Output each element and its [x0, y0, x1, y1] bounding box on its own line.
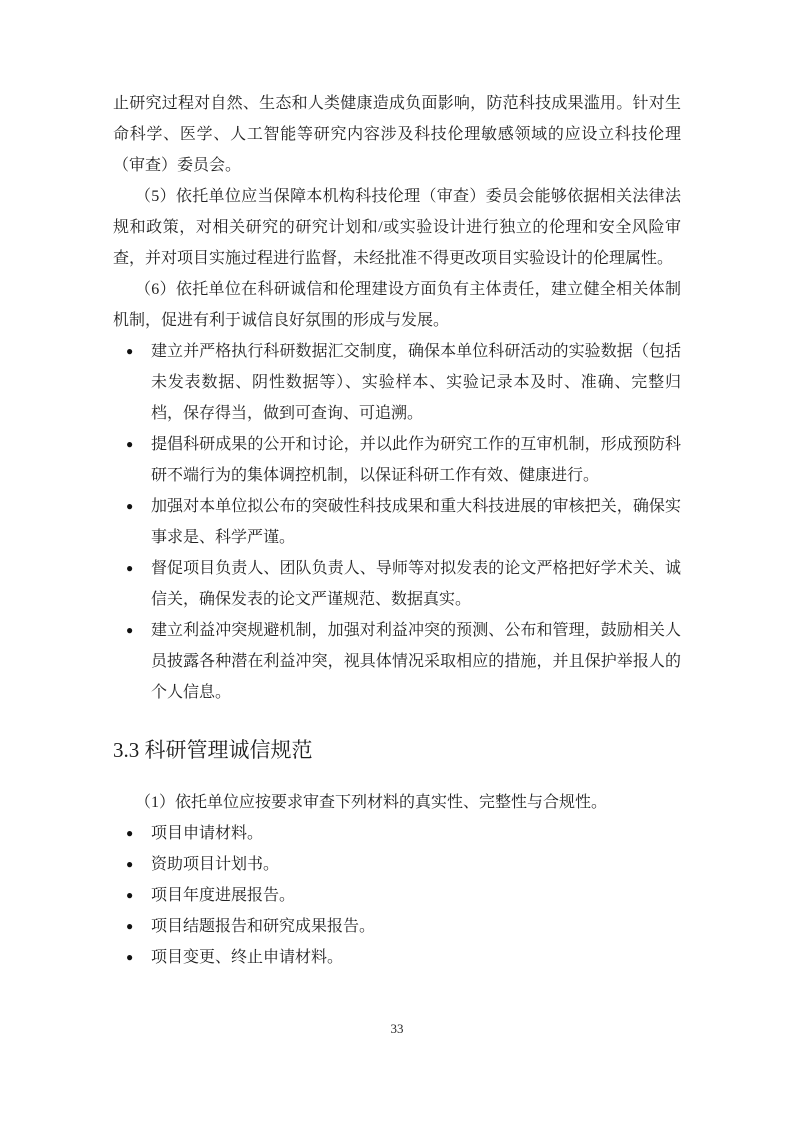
list-item-text: 项目申请材料。: [151, 825, 263, 842]
list-item-text: 资助项目计划书。: [151, 856, 279, 873]
bullet-icon: ●: [126, 429, 133, 460]
bullet-icon: ●: [126, 615, 133, 646]
section-heading-3-3: 3.3 科研管理诚信规范: [113, 735, 681, 766]
continuation-paragraph: 止研究过程对自然、生态和人类健康造成负面影响，防范科技成果滥用。针对生命科学、医…: [113, 88, 681, 181]
list-item: ● 资助项目计划书。: [113, 849, 681, 880]
list-item: ● 建立并严格执行科研数据汇交制度，确保本单位科研活动的实验数据（包括未发表数据…: [113, 336, 681, 429]
list-item-text: 项目年度进展报告。: [151, 887, 295, 904]
list-item-text: 建立并严格执行科研数据汇交制度，确保本单位科研活动的实验数据（包括未发表数据、阴…: [151, 343, 681, 422]
bullet-icon: ●: [126, 880, 133, 911]
list-item: ● 项目申请材料。: [113, 818, 681, 849]
list-item-text: 项目结题报告和研究成果报告。: [151, 918, 375, 935]
page-body-text: 止研究过程对自然、生态和人类健康造成负面影响，防范科技成果滥用。针对生命科学、医…: [113, 88, 681, 973]
bullet-icon: ●: [126, 336, 133, 367]
list-item: ● 项目年度进展报告。: [113, 880, 681, 911]
list-item-text: 提倡科研成果的公开和讨论，并以此作为研究工作的互审机制，形成预防科研不端行为的集…: [151, 436, 681, 484]
bullet-icon: ●: [126, 942, 133, 973]
material-bullet-list: ● 项目申请材料。 ● 资助项目计划书。 ● 项目年度进展报告。 ● 项目结题报…: [113, 818, 681, 973]
list-item: ● 督促项目负责人、团队负责人、导师等对拟发表的论文严格把好学术关、诚信关，确保…: [113, 553, 681, 615]
bullet-icon: ●: [126, 849, 133, 880]
list-item: ● 项目变更、终止申请材料。: [113, 942, 681, 973]
bullet-icon: ●: [126, 911, 133, 942]
list-item-text: 建立利益冲突规避机制，加强对利益冲突的预测、公布和管理，鼓励相关人员披露各种潜在…: [151, 622, 681, 701]
list-item-text: 项目变更、终止申请材料。: [151, 949, 343, 966]
list-item-text: 加强对本单位拟公布的突破性科技成果和重大科技进展的审核把关，确保实事求是、科学严…: [151, 498, 681, 546]
page-number: 33: [0, 1020, 794, 1038]
list-item: ● 加强对本单位拟公布的突破性科技成果和重大科技进展的审核把关，确保实事求是、科…: [113, 491, 681, 553]
list-item: ● 建立利益冲突规避机制，加强对利益冲突的预测、公布和管理，鼓励相关人员披露各种…: [113, 615, 681, 708]
paragraph-item-6: （6）依托单位在科研诚信和伦理建设方面负有主体责任，建立健全相关体制机制，促进有…: [113, 274, 681, 336]
bullet-icon: ●: [126, 553, 133, 584]
list-item: ● 项目结题报告和研究成果报告。: [113, 911, 681, 942]
bullet-icon: ●: [126, 491, 133, 522]
list-item: ● 提倡科研成果的公开和讨论，并以此作为研究工作的互审机制，形成预防科研不端行为…: [113, 429, 681, 491]
integrity-bullet-list: ● 建立并严格执行科研数据汇交制度，确保本单位科研活动的实验数据（包括未发表数据…: [113, 336, 681, 708]
list-item-text: 督促项目负责人、团队负责人、导师等对拟发表的论文严格把好学术关、诚信关，确保发表…: [151, 560, 681, 608]
paragraph-item-5: （5）依托单位应当保障本机构科技伦理（审查）委员会能够依据相关法律法规和政策，对…: [113, 181, 681, 274]
bullet-icon: ●: [126, 818, 133, 849]
paragraph-item-1: （1）依托单位应按要求审查下列材料的真实性、完整性与合规性。: [113, 787, 681, 818]
document-page: 止研究过程对自然、生态和人类健康造成负面影响，防范科技成果滥用。针对生命科学、医…: [0, 0, 794, 1123]
